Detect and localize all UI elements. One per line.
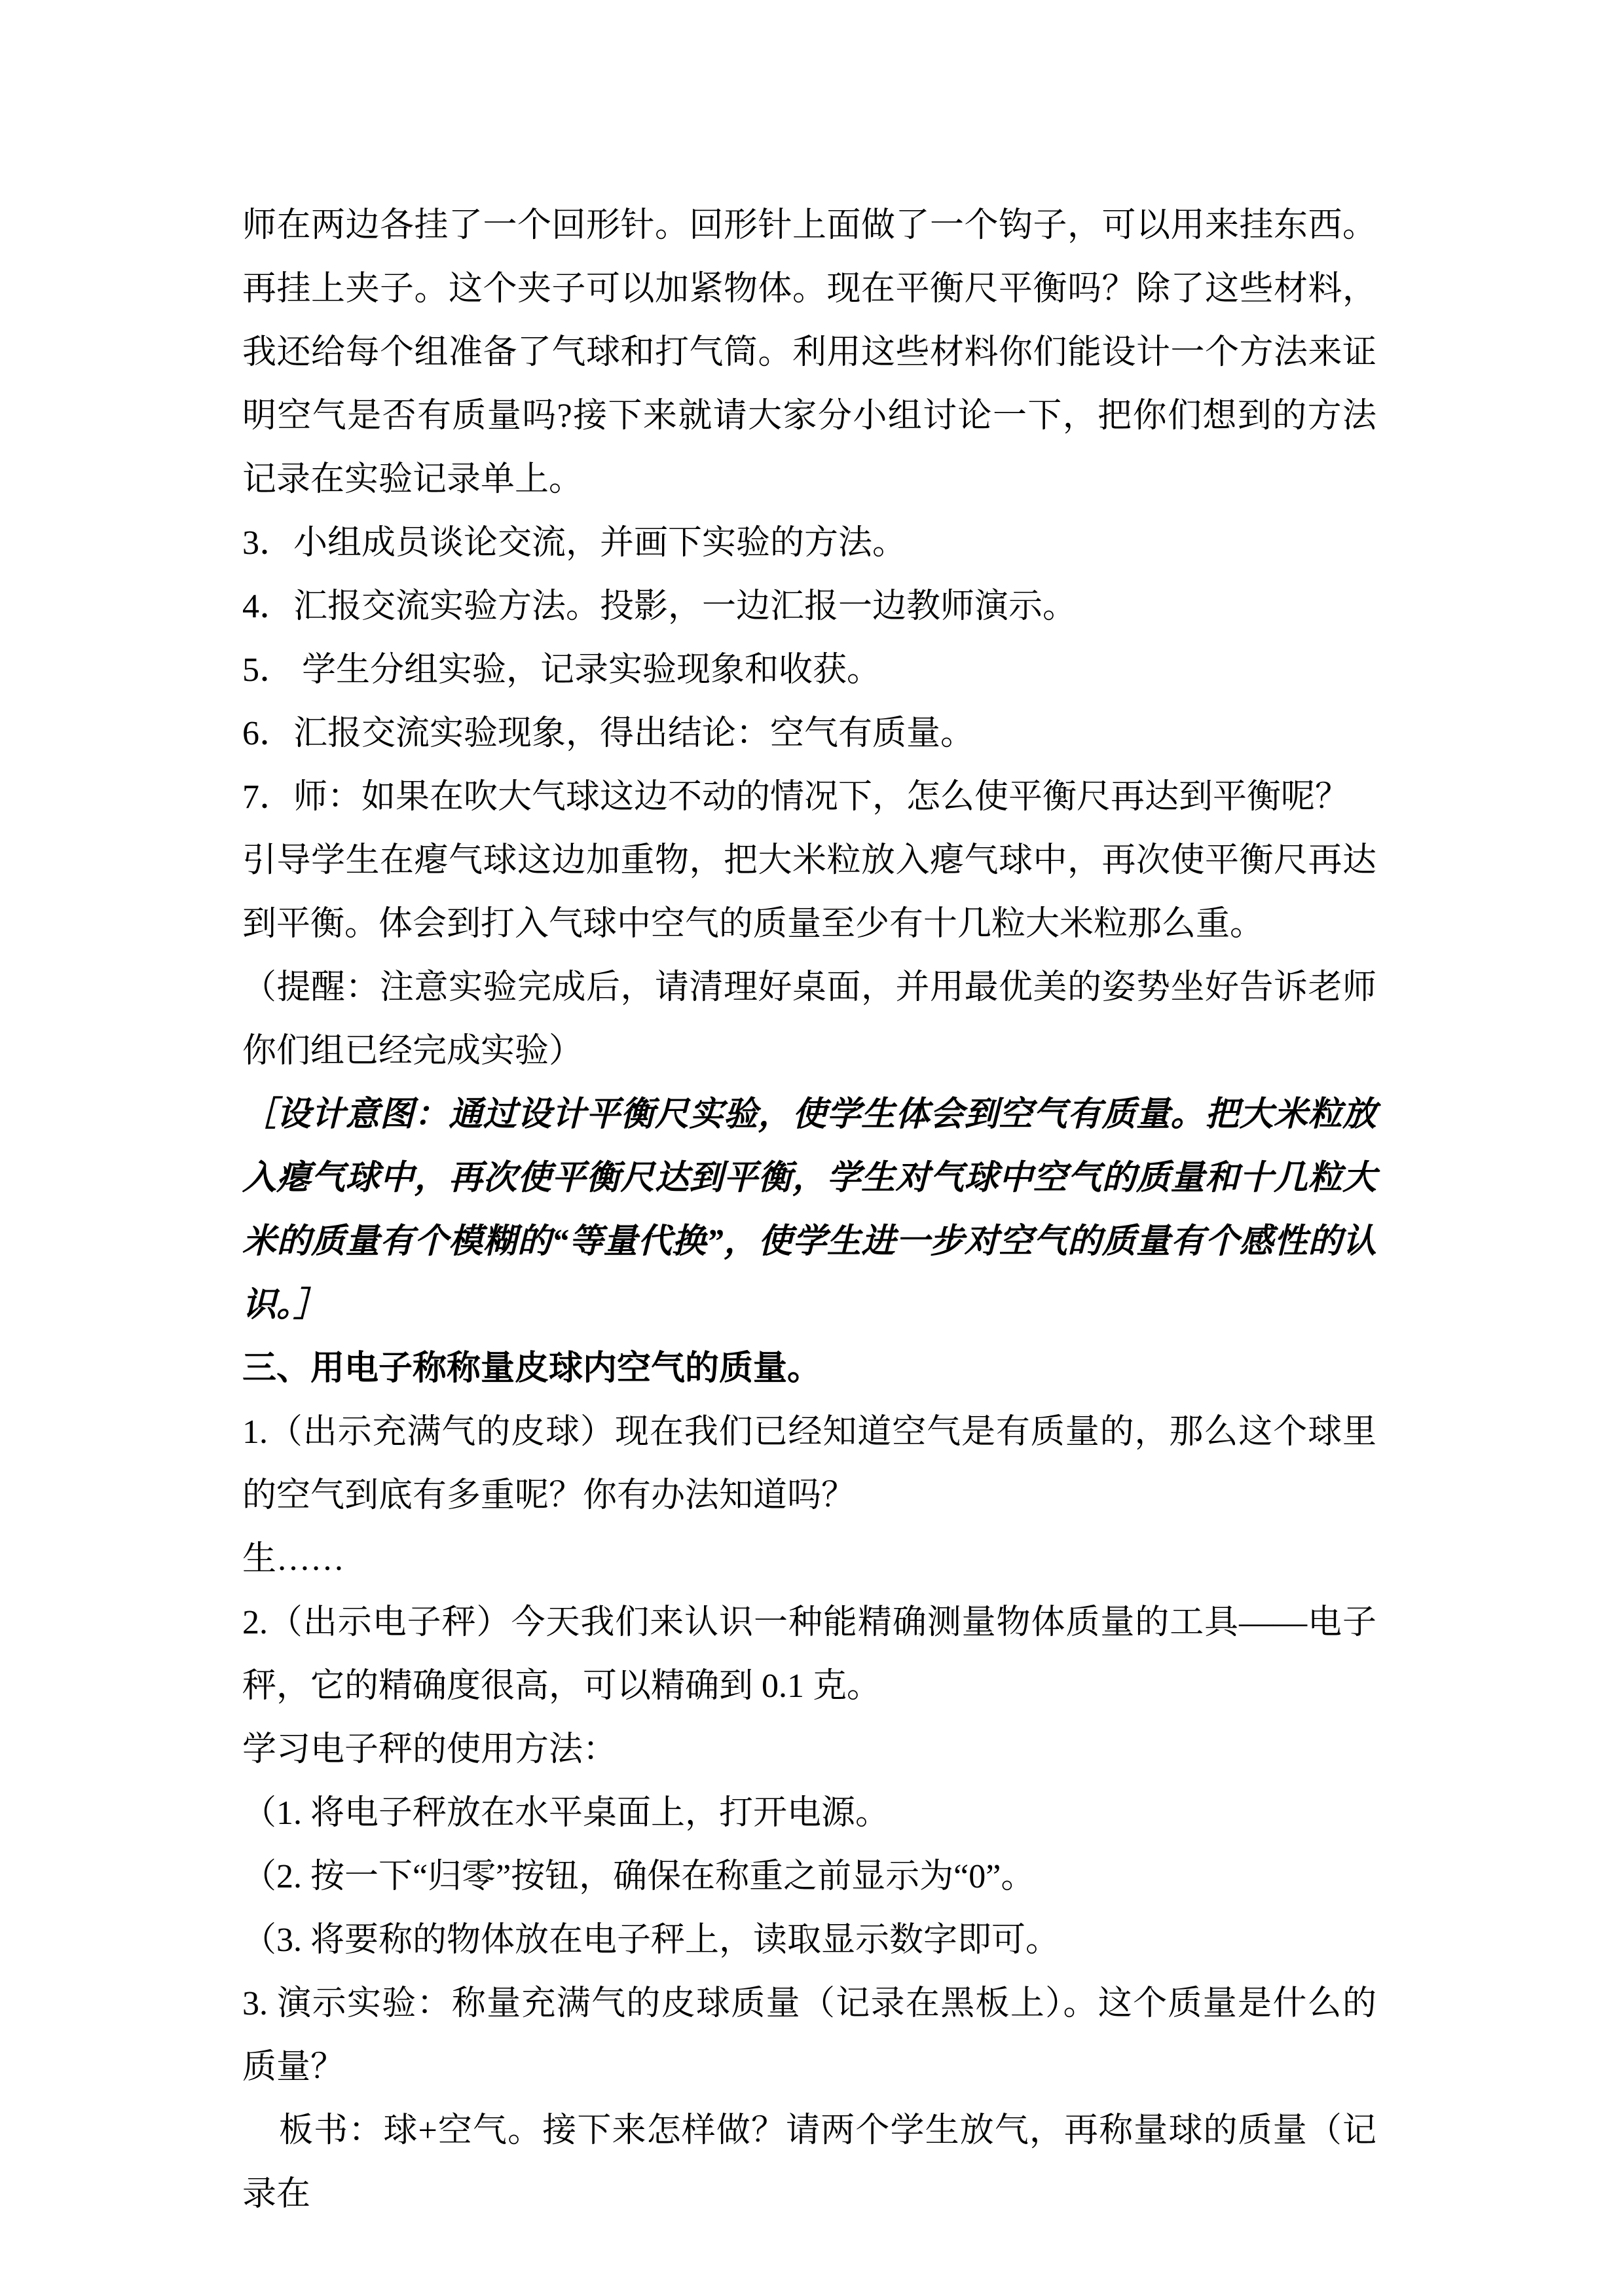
paragraph: ［设计意图：通过设计平衡尺实验，使学生体会到空气有质量。把大米粒放入瘪气球中，再… (242, 1083, 1376, 1337)
paragraph: 生…… (242, 1527, 1376, 1591)
paragraph: 4．汇报交流实验方法。投影，一边汇报一边教师演示。 (242, 575, 1376, 638)
paragraph: 3．小组成员谈论交流，并画下实验的方法。 (242, 511, 1376, 575)
paragraph: 6．汇报交流实验现象，得出结论：空气有质量。 (242, 702, 1376, 765)
document-body: 师在两边各挂了一个回形针。回形针上面做了一个钩子，可以用来挂东西。再挂上夹子。这… (242, 194, 1376, 2226)
paragraph: （2. 按一下“归零”按钮，确保在称重之前显示为“0”。 (242, 1845, 1376, 1908)
paragraph: 师在两边各挂了一个回形针。回形针上面做了一个钩子，可以用来挂东西。再挂上夹子。这… (242, 194, 1376, 511)
paragraph: 7．师：如果在吹大气球这边不动的情况下，怎么使平衡尺再达到平衡呢？ (242, 765, 1376, 829)
paragraph: （3. 将要称的物体放在电子秤上，读取显示数字即可。 (242, 1908, 1376, 1972)
paragraph: 2.（出示电子秤）今天我们来认识一种能精确测量物体质量的工具——电子秤，它的精确… (242, 1591, 1376, 1718)
paragraph: （提醒：注意实验完成后，请清理好桌面，并用最优美的姿势坐好告诉老师你们组已经完成… (242, 956, 1376, 1083)
paragraph: 3. 演示实验：称量充满气的皮球质量（记录在黑板上）。这个质量是什么的质量？ (242, 1972, 1376, 2099)
paragraph: 学习电子秤的使用方法： (242, 1718, 1376, 1781)
paragraph: 1.（出示充满气的皮球）现在我们已经知道空气是有质量的，那么这个球里的空气到底有… (242, 1400, 1376, 1527)
paragraph: （1. 将电子秤放在水平桌面上，打开电源。 (242, 1781, 1376, 1845)
paragraph: 板书：球+空气。接下来怎样做？请两个学生放气，再称量球的质量（记录在 (242, 2099, 1376, 2226)
paragraph: 引导学生在瘪气球这边加重物，把大米粒放入瘪气球中，再次使平衡尺再达到平衡。体会到… (242, 829, 1376, 956)
paragraph: 5． 学生分组实验，记录实验现象和收获。 (242, 638, 1376, 702)
paragraph: 三、用电子称称量皮球内空气的质量。 (242, 1337, 1376, 1400)
document-page: 师在两边各挂了一个回形针。回形针上面做了一个钩子，可以用来挂东西。再挂上夹子。这… (0, 0, 1624, 2296)
